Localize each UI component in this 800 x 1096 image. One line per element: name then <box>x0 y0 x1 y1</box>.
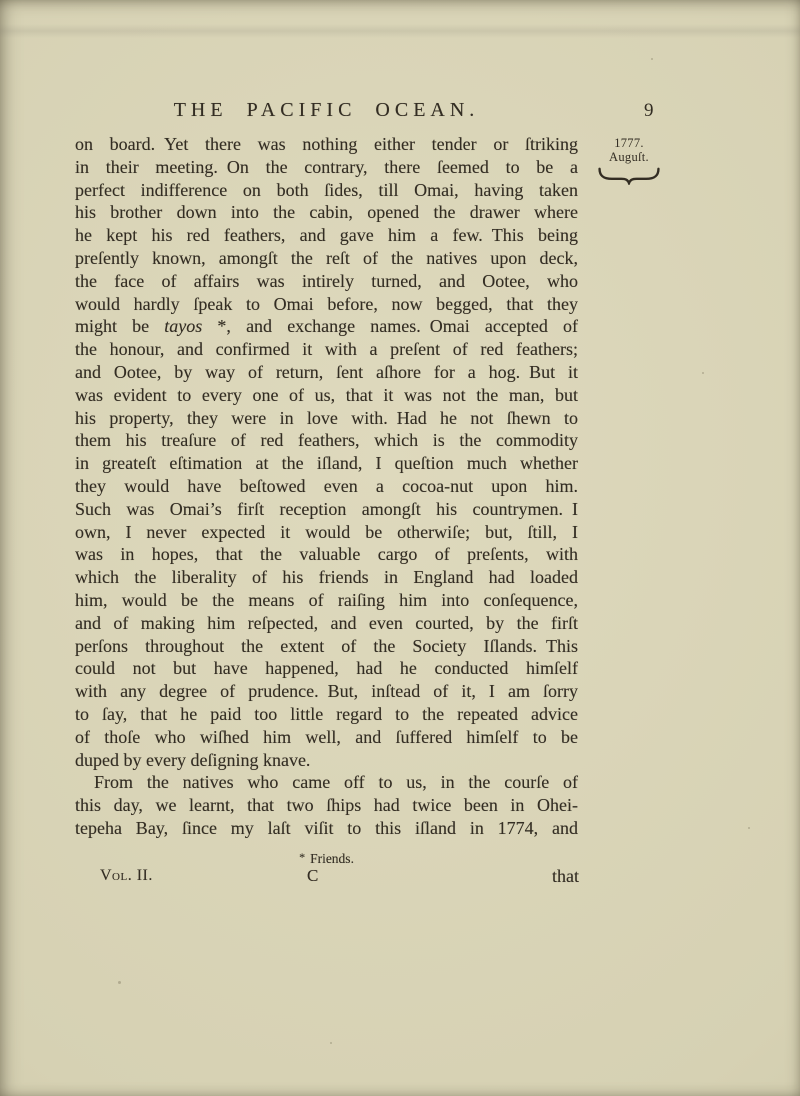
body-line: on board. Yet there was nothing either t… <box>75 133 578 156</box>
page-number: 9 <box>644 100 655 122</box>
running-title: THE PACIFIC OCEAN. <box>75 99 578 122</box>
body-line: in greateſt eſtimation at the iſland, I … <box>75 452 578 475</box>
body-line: which the liberality of his friends in E… <box>75 566 578 589</box>
scan-artifact-band <box>0 24 800 38</box>
body-line: was in hopes, that the valuable cargo of… <box>75 543 578 566</box>
body-line: of thoſe who wiſhed him well, and ſuffer… <box>75 726 578 749</box>
paper-speck <box>118 981 121 984</box>
body-line: in their meeting. On the contrary, there… <box>75 156 578 179</box>
body-line: duped by every deſigning knave. <box>75 749 578 772</box>
line-segment: * <box>202 316 226 336</box>
margin-date-note: 1777. Auguſt. <box>592 137 666 185</box>
paper-speck <box>651 58 653 60</box>
body-line: From the natives who came off to us, in … <box>75 771 578 794</box>
catchword: that <box>552 866 579 887</box>
body-line: to ſay, that he paid too little regard t… <box>75 703 578 726</box>
volume-label: Vol. II. <box>100 867 153 885</box>
book-page: THE PACIFIC OCEAN. 9 1777. Auguſt. on bo… <box>0 0 800 1096</box>
body-line: this day, we learnt, that two ſhips had … <box>75 794 578 817</box>
margin-note-month: Auguſt. <box>592 151 666 165</box>
body-line: preſently known, amongſt the reſt of the… <box>75 247 578 270</box>
footnote-text: Friends. <box>310 851 354 866</box>
body-line: the honour, and confirmed it with a preſ… <box>75 338 578 361</box>
body-line: with any degree of prudence. But, inſtea… <box>75 680 578 703</box>
body-line: tepeha Bay, ſince my laſt viſit to this … <box>75 817 578 840</box>
body-line: perſons throughout the extent of the Soc… <box>75 635 578 658</box>
body-line: Such was Omai’s firſt reception amongſt … <box>75 498 578 521</box>
italic-term: tayos <box>164 316 202 336</box>
body-line: own, I never expected it would be otherw… <box>75 521 578 544</box>
body-line: they would have beſtowed even a cocoa-nu… <box>75 475 578 498</box>
body-line: would hardly ſpeak to Omai before, now b… <box>75 293 578 316</box>
body-line: them his treaſure of red feathers, which… <box>75 429 578 452</box>
body-line: his brother down into the cabin, opened … <box>75 201 578 224</box>
paper-speck <box>330 1042 332 1044</box>
body-line: he kept his red feathers, and gave him a… <box>75 224 578 247</box>
line-segment: might be <box>75 316 164 336</box>
footnote-marker: * <box>299 850 305 864</box>
margin-note-year: 1777. <box>592 137 666 151</box>
body-line: might be tayos *, and exchange names. Om… <box>75 315 578 338</box>
signature-mark: C <box>307 866 318 886</box>
line-segment: , and exchange names. Omai accepted of <box>226 316 578 336</box>
margin-brace-icon <box>597 166 661 185</box>
footnote: *Friends. <box>75 850 578 867</box>
body-line: and of making him reſpected, and even co… <box>75 612 578 635</box>
paper-speck <box>748 827 750 829</box>
body-line: was evident to every one of us, that it … <box>75 384 578 407</box>
body-line: him, would be the means of raiſing him i… <box>75 589 578 612</box>
body-line: his property, they were in love with. Ha… <box>75 407 578 430</box>
body-line: perfect indifference on both ſides, till… <box>75 179 578 202</box>
body-text: on board. Yet there was nothing either t… <box>75 133 578 840</box>
body-line: and Ootee, by way of return, ſent aſhore… <box>75 361 578 384</box>
body-line: the face of affairs was intirely turned,… <box>75 270 578 293</box>
body-line: could not but have happened, had he cond… <box>75 657 578 680</box>
paper-speck <box>702 372 704 374</box>
